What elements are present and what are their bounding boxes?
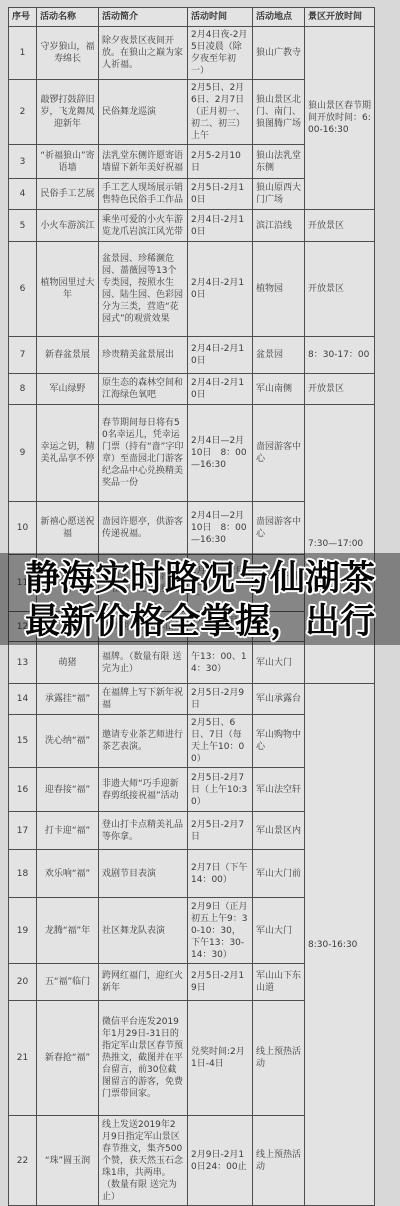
- cell-opening-time: 开放景区: [305, 374, 375, 405]
- cell-activity-name: 新禧心愿送祝福: [37, 502, 99, 555]
- cell-activity-time: 2月5日-2月7日（上午10:30）: [188, 768, 253, 812]
- cell-activity-location: 狼山法乳堂东侧: [253, 145, 305, 179]
- cell-activity-name: 承露挂“福”: [37, 684, 99, 715]
- cell-row-index: 19: [9, 898, 37, 964]
- cell-activity-name: 迎春接“福”: [37, 768, 99, 812]
- cell-activity-location: 狼山广教寺: [253, 27, 305, 80]
- header-row: 序号 活动名称 活动简介 活动时间 活动地点 景区开放时间: [9, 8, 375, 27]
- cell-activity-time: 兑奖时间:2月1日-4日: [188, 1001, 253, 1116]
- cell-activity-desc: 跨网红福门，迎红火新年: [99, 964, 188, 1001]
- table-row: 9幸运之钥，精美礼品享不停春节期间每日将有50名幸运儿，凭幸运门票（持有“啬”字…: [9, 405, 375, 502]
- cell-activity-time: 2月7日（下午14：00）: [188, 850, 253, 898]
- cell-activity-desc: 乘坐可爱的小火车游览龙爪岩滨江风光带: [99, 210, 188, 242]
- cell-row-index: 22: [9, 1116, 37, 1206]
- cell-activity-name: 洗心纳“福”: [37, 715, 99, 768]
- cell-activity-name: 龙腾“福”年: [37, 898, 99, 964]
- table-row: 5小火车游滨江乘坐可爱的小火车游览龙爪岩滨江风光带2月4日-2月10日滨江沿线开…: [9, 210, 375, 242]
- cell-row-index: 18: [9, 850, 37, 898]
- cell-activity-location: 啬园游客中心: [253, 502, 305, 555]
- cell-activity-name: 植物园里过大年: [37, 242, 99, 337]
- cell-activity-desc: 微信平台连发2019年1月29日-31日的指定军山景区春节预热推文，截图并在平台…: [99, 1001, 188, 1116]
- cell-activity-desc: 非遗大师“巧手迎新春剪纸接祝福”活动: [99, 768, 188, 812]
- cell-activity-name: 五“福”临门: [37, 964, 99, 1001]
- cell-activity-location: 狼山景区北门、南门、狼图腾广场: [253, 80, 305, 145]
- cell-activity-name: 民俗手工艺展: [37, 179, 99, 210]
- cell-activity-desc: 除夕夜景区夜间开放。在狼山之巅为家人祈福。: [99, 27, 188, 80]
- cell-activity-name: 新春盆景展: [37, 337, 99, 374]
- cell-activity-time: 2月5日-2月10日: [188, 179, 253, 210]
- activity-table-header: 序号 活动名称 活动简介 活动时间 活动地点 景区开放时间: [9, 8, 375, 27]
- cell-row-index: 4: [9, 179, 37, 210]
- cell-activity-desc: 法乳堂东侧许愿寄语墙留下新年美好祝福: [99, 145, 188, 179]
- cell-row-index: 7: [9, 337, 37, 374]
- cell-opening-time: 8:30-16:30: [305, 684, 375, 1206]
- header-index: 序号: [9, 8, 37, 27]
- cell-row-index: 8: [9, 374, 37, 405]
- cell-activity-desc: 春节期间每日将有50名幸运儿，凭幸运门票（持有“啬”字印章）至啬园北门游客纪念品…: [99, 405, 188, 502]
- cell-activity-name: 幸运之钥，精美礼品享不停: [37, 405, 99, 502]
- cell-activity-location: 军山承露台: [253, 684, 305, 715]
- cell-activity-name: 欢乐响“福”: [37, 850, 99, 898]
- cell-activity-location: 啬园游客中心: [253, 405, 305, 502]
- cell-row-index: 15: [9, 715, 37, 768]
- cell-activity-location: 狼山原西大门广场: [253, 179, 305, 210]
- cell-opening-time: 开放景区: [305, 242, 375, 337]
- cell-row-index: 2: [9, 80, 37, 145]
- cell-activity-location: 滨江沿线: [253, 210, 305, 242]
- cell-activity-location: 盆景园: [253, 337, 305, 374]
- header-activity-time: 活动时间: [188, 8, 253, 27]
- cell-row-index: 6: [9, 242, 37, 337]
- cell-activity-time: 2月4日-2月10日: [188, 374, 253, 405]
- cell-row-index: 16: [9, 768, 37, 812]
- cell-row-index: 17: [9, 812, 37, 850]
- cell-activity-time: 2月4日—2月10日 8：00—16:30: [188, 405, 253, 502]
- cell-activity-desc: 社区舞龙队表演: [99, 898, 188, 964]
- cell-activity-time: 2月4日-2月10日: [188, 210, 253, 242]
- cell-activity-name: 新春抢“福”: [37, 1001, 99, 1116]
- cell-row-index: 9: [9, 405, 37, 502]
- table-row: 1守岁狼山，福寿绵长除夕夜景区夜间开放。在狼山之巅为家人祈福。2月4日夜-2月5…: [9, 27, 375, 80]
- cell-activity-time: 2月5日、2月6日、2月7日（正月初一、初二、初三）上午: [188, 80, 253, 145]
- cell-activity-time: 2月4日-2月10日: [188, 337, 253, 374]
- cell-opening-time: 开放景区: [305, 210, 375, 242]
- cell-activity-desc: 线上发送2019年2月9日指定军山景区春节推文，集齐500个赞，获天然玉石念珠1…: [99, 1116, 188, 1206]
- cell-row-index: 1: [9, 27, 37, 80]
- cell-activity-location: 植物园: [253, 242, 305, 337]
- cell-activity-desc: 登山打卡点精美礼品等你拿。: [99, 812, 188, 850]
- cell-opening-time: 8：30-17：00: [305, 337, 375, 374]
- cell-activity-location: 线上预热活动: [253, 1001, 305, 1116]
- cell-activity-time: 2月9日-2月10日24：00止: [188, 1116, 253, 1206]
- cell-activity-desc: 原生态的森林空间和江海绿色氧吧: [99, 374, 188, 405]
- cell-row-index: 20: [9, 964, 37, 1001]
- cell-activity-time: 2月5-2月10日: [188, 145, 253, 179]
- cell-activity-name: 小火车游滨江: [37, 210, 99, 242]
- cell-activity-location: 军山法空轩: [253, 768, 305, 812]
- header-activity-desc: 活动简介: [99, 8, 188, 27]
- cell-activity-location: 军山购物中心: [253, 715, 305, 768]
- cell-activity-name: “祈福狼山”寄语墙: [37, 145, 99, 179]
- cell-activity-location: 军山南侧: [253, 374, 305, 405]
- cell-activity-time: 2月5日-2月9日: [188, 684, 253, 715]
- cell-activity-location: 军山大门: [253, 642, 305, 684]
- cell-activity-desc: 福牌。（数量有限 送完为止）: [99, 642, 188, 684]
- cell-activity-desc: 盆景园、珍稀濒危园、蔷薇园等13个专类园，按照水生园、陆生园、色彩园分为三类，营…: [99, 242, 188, 337]
- cell-activity-location: 线上预热活动: [253, 1116, 305, 1206]
- caption-line-1: 静海实时路况与仙湖茶: [25, 558, 375, 601]
- cell-activity-desc: 民俗舞龙巡演: [99, 80, 188, 145]
- cell-activity-desc: 珍贵精美盆景展出: [99, 337, 188, 374]
- cell-opening-time: 狼山景区春节期间开放时间：6:00-16:30: [305, 27, 375, 210]
- cell-activity-desc: 啬园许愿亭，供游客传递祝福。: [99, 502, 188, 555]
- cell-activity-name: 军山绿野: [37, 374, 99, 405]
- cell-row-index: 13: [9, 642, 37, 684]
- cell-activity-desc: 在福牌上写下新年祝福: [99, 684, 188, 715]
- header-activity-location: 活动地点: [253, 8, 305, 27]
- caption-overlay-banner: 静海实时路况与仙湖茶 最新价格全掌握，出行: [0, 553, 400, 645]
- cell-activity-time: 2月5日-2月19日: [188, 964, 253, 1001]
- cell-row-index: 14: [9, 684, 37, 715]
- cell-activity-desc: 手工艺人现场展示销售特色民俗手工作品: [99, 179, 188, 210]
- cell-activity-location: 军山大门前: [253, 850, 305, 898]
- cell-activity-name: 打卡迎“福”: [37, 812, 99, 850]
- table-row: 8军山绿野原生态的森林空间和江海绿色氧吧2月4日-2月10日军山南侧开放景区: [9, 374, 375, 405]
- cell-activity-desc: 戏剧节目表演: [99, 850, 188, 898]
- cell-activity-location: 军山景区内: [253, 812, 305, 850]
- cell-activity-time: 2月5日-2月7日: [188, 812, 253, 850]
- header-activity-name: 活动名称: [37, 8, 99, 27]
- cell-activity-name: 敲锣打鼓辞旧岁，飞龙舞凤迎新年: [37, 80, 99, 145]
- cell-activity-name: 萌猪: [37, 642, 99, 684]
- cell-activity-location: 军山山下东山道: [253, 964, 305, 1001]
- scanned-activity-schedule-page: 序号 活动名称 活动简介 活动时间 活动地点 景区开放时间 1守岁狼山，福寿绵长…: [0, 0, 400, 1206]
- header-opening-time: 景区开放时间: [305, 8, 375, 27]
- cell-row-index: 5: [9, 210, 37, 242]
- cell-row-index: 3: [9, 145, 37, 179]
- cell-activity-time: 午13：00、14：30）: [188, 642, 253, 684]
- table-row: 6植物园里过大年盆景园、珍稀濒危园、蔷薇园等13个专类园，按照水生园、陆生园、色…: [9, 242, 375, 337]
- cell-activity-name: “珠”圆玉润: [37, 1116, 99, 1206]
- cell-activity-time: 2月4日-2月10日: [188, 242, 253, 337]
- caption-line-2: 最新价格全掌握，出行: [25, 601, 375, 644]
- cell-activity-time: 2月5日、6日、7日（每天上午10：00）: [188, 715, 253, 768]
- cell-activity-desc: 邀请专业茶艺师进行茶艺表演。: [99, 715, 188, 768]
- cell-activity-location: 军山大门: [253, 898, 305, 964]
- table-row: 14承露挂“福”在福牌上写下新年祝福2月5日-2月9日军山承露台8:30-16:…: [9, 684, 375, 715]
- cell-row-index: 21: [9, 1001, 37, 1116]
- cell-activity-time: 2月9日（正月初五上午9：30-10：30，下午13：30-14：30）: [188, 898, 253, 964]
- cell-activity-time: 2月4日—2月10日 8：00—16:30: [188, 502, 253, 555]
- cell-row-index: 10: [9, 502, 37, 555]
- cell-activity-name: 守岁狼山，福寿绵长: [37, 27, 99, 80]
- cell-activity-time: 2月4日夜-2月5日凌晨（除夕夜至年初一）: [188, 27, 253, 80]
- table-row: 7新春盆景展珍贵精美盆景展出2月4日-2月10日盆景园8：30-17：00: [9, 337, 375, 374]
